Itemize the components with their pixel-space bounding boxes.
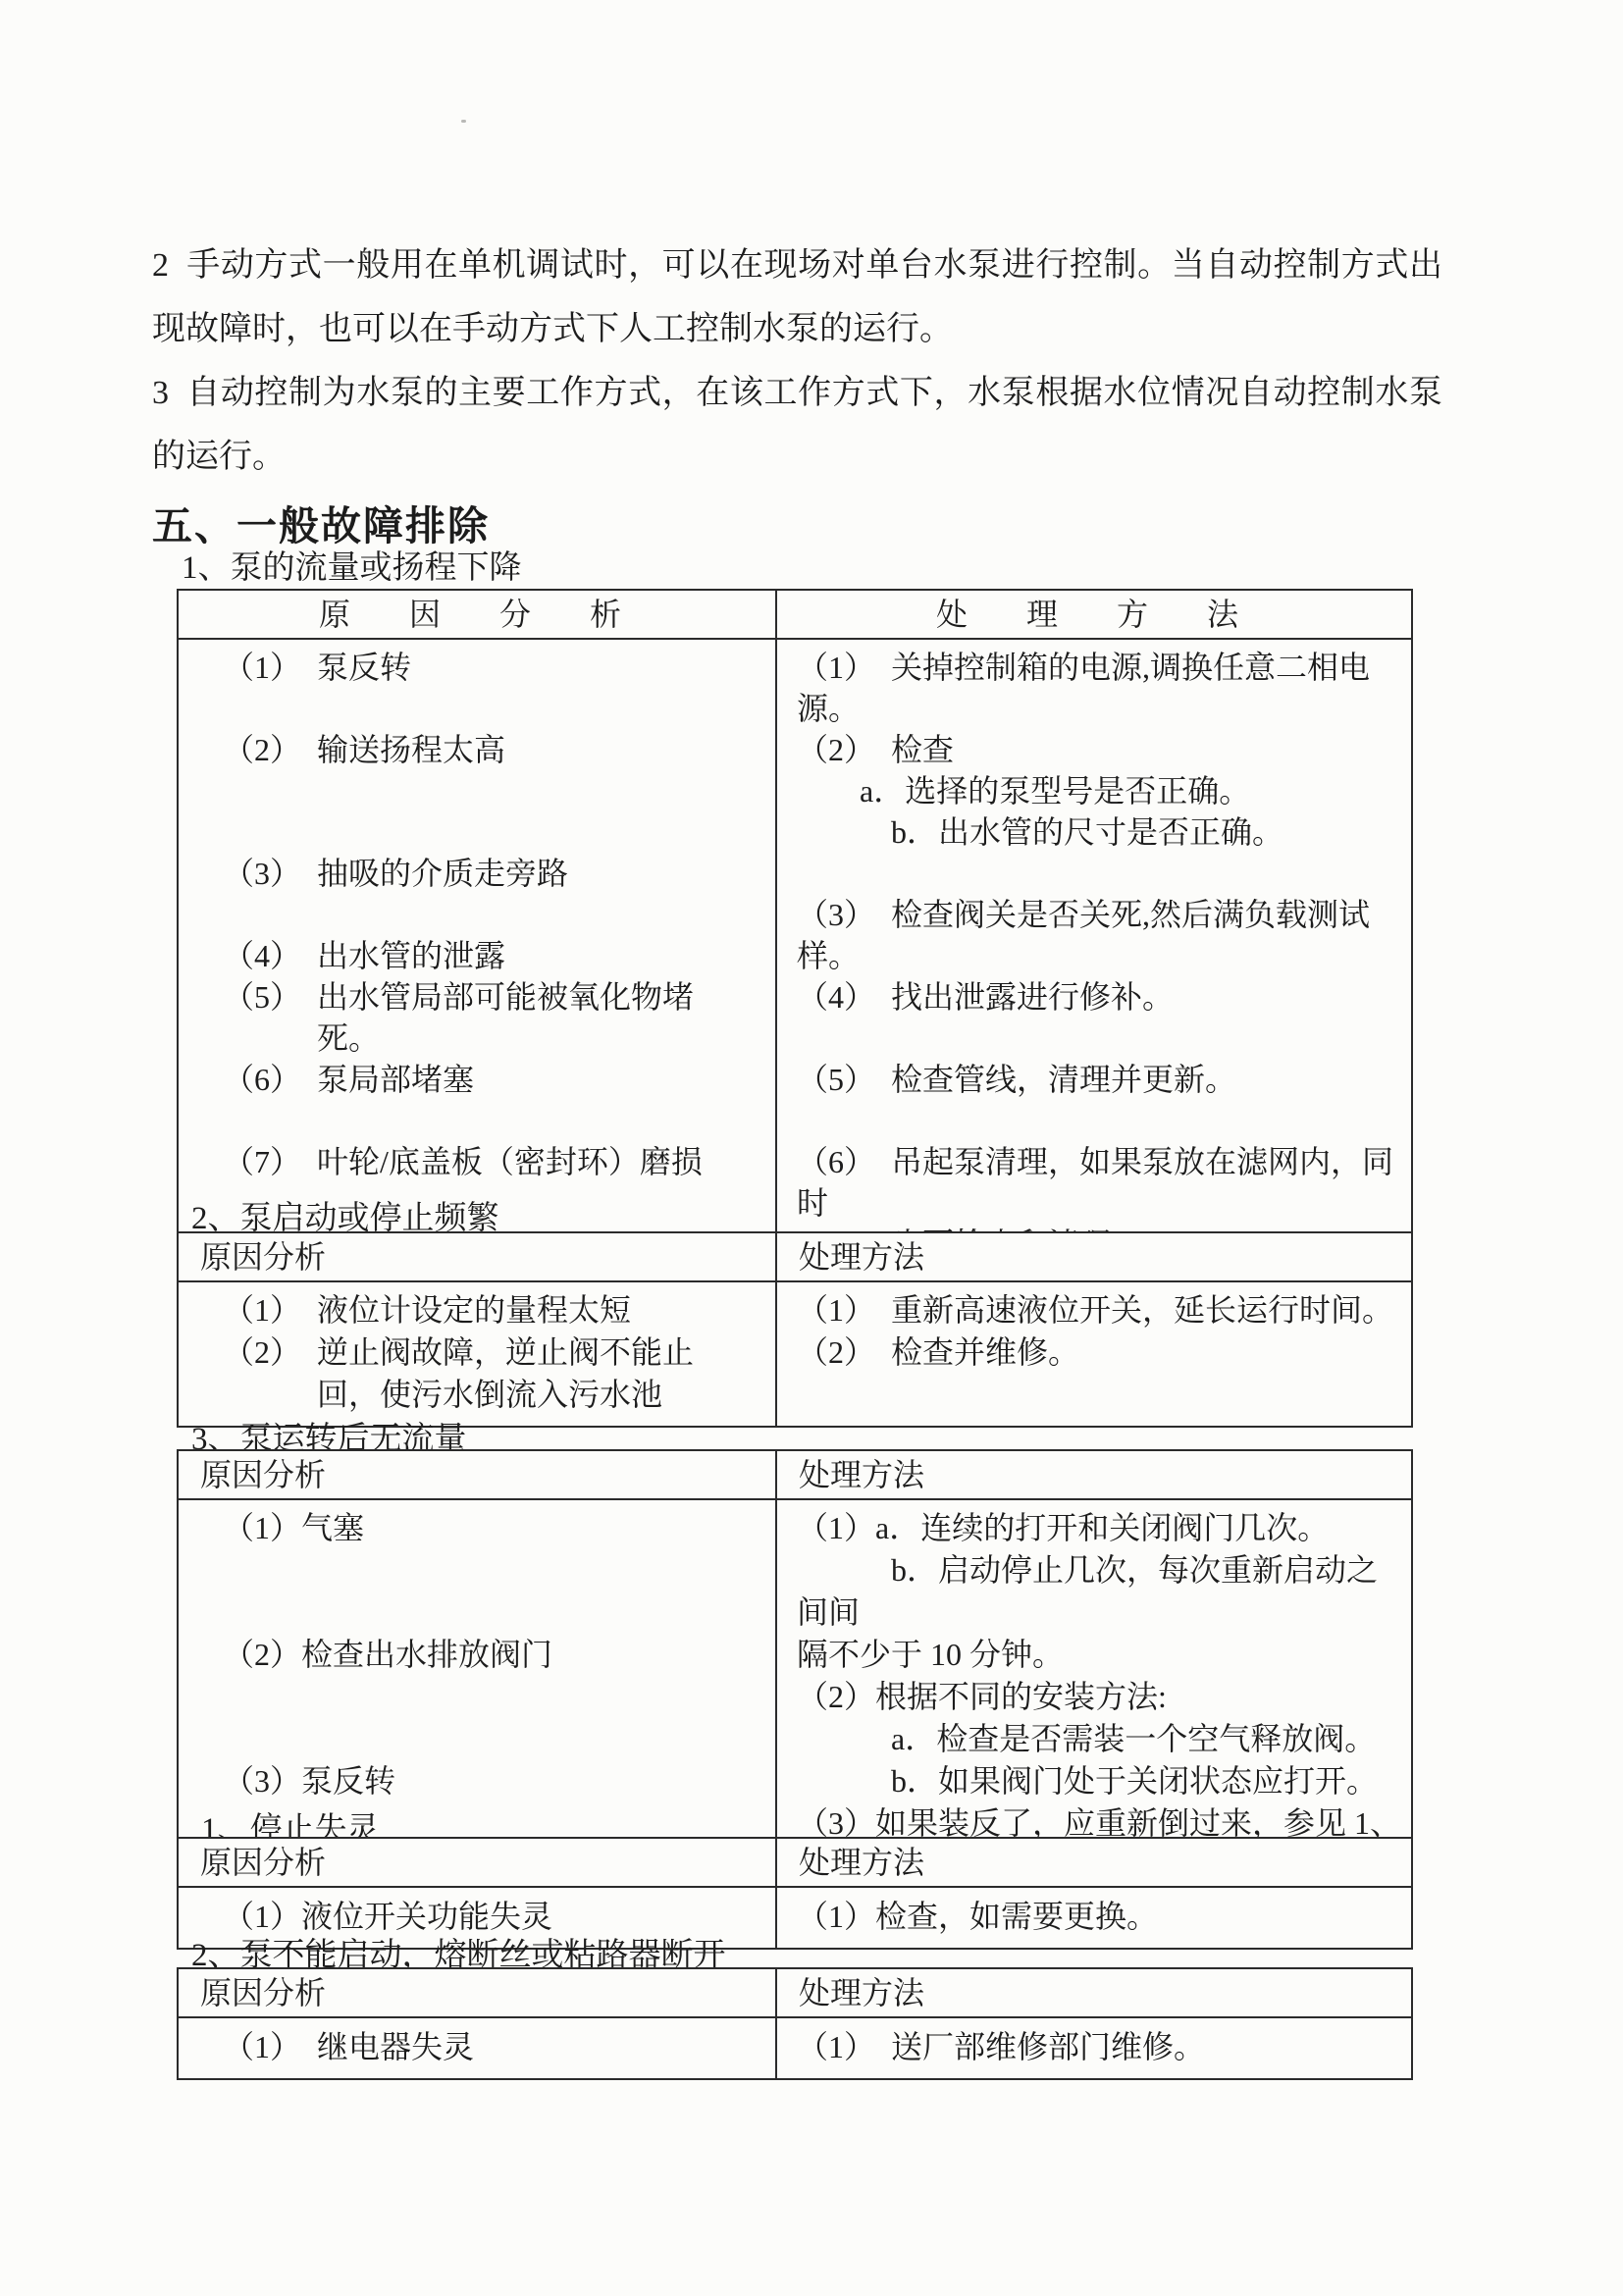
remedy-line: b．出水管的尺寸是否正确。: [797, 811, 1405, 853]
cause-line: （6） 泵局部堵塞: [223, 1059, 767, 1100]
cause-header: 原因分析: [179, 1969, 775, 2016]
remedy-line: a．检查是否需装一个空气释放阀。: [797, 1718, 1405, 1760]
remedy-line: （1）a．连续的打开和关闭阀门几次。: [797, 1507, 1405, 1549]
scan-speck: [461, 120, 466, 123]
remedy-cell: （1） 关掉控制箱的电源,调换任意二相电源。 （2） 检查 a．选择的泵型号是否…: [775, 640, 1411, 1316]
remedy-line: （2） 检查并维修。: [797, 1331, 1405, 1374]
cause-cell: （1） 液位计设定的量程太短 （2） 逆止阀故障，逆止阀不能止 回，使污水倒流入…: [179, 1282, 775, 1426]
cause-line: [223, 1676, 767, 1718]
cause-line: [223, 1549, 767, 1592]
table-body-row: （1） 液位计设定的量程太短 （2） 逆止阀故障，逆止阀不能止 回，使污水倒流入…: [179, 1282, 1411, 1426]
table-body-row: （1） 继电器失灵 （1） 送厂部维修部门维修。: [179, 2018, 1411, 2078]
cause-line: （5） 出水管局部可能被氧化物堵: [223, 976, 767, 1018]
remedy-line: [797, 1100, 1405, 1141]
cause-line: （1） 液位计设定的量程太短: [223, 1289, 767, 1331]
remedy-line: 隔不少于 10 分钟。: [797, 1634, 1405, 1676]
remedy-line: （1） 关掉控制箱的电源,调换任意二相电源。: [797, 647, 1405, 729]
remedy-line: （1）检查，如需要更换。: [797, 1895, 1405, 1938]
remedy-cell: （1）检查，如需要更换。: [775, 1888, 1411, 1948]
paragraph-manual-mode: 2 手动方式一般用在单机调试时，可以在现场对单台水泵进行控制。当自动控制方式出现…: [152, 234, 1442, 361]
remedy-cell: （1） 重新高速液位开关，延长运行时间。 （2） 检查并维修。: [775, 1282, 1411, 1426]
table-header-row: 原因分析 处理方法: [179, 1969, 1411, 2018]
cause-line: （1）气塞: [223, 1507, 767, 1549]
remedy-line: （2）根据不同的安装方法:: [797, 1676, 1405, 1718]
remedy-line: b．如果阀门处于关闭状态应打开。: [797, 1760, 1405, 1802]
cause-line: （2） 输送扬程太高: [223, 729, 767, 770]
cause-header: 原 因 分 析: [179, 591, 775, 638]
table-header-row: 原因分析 处理方法: [179, 1839, 1411, 1888]
remedy-line: （4） 找出泄露进行修补。: [797, 976, 1405, 1018]
remedy-line: （2） 检查: [797, 729, 1405, 770]
cause-line: [223, 770, 767, 811]
remedy-line: [797, 853, 1405, 894]
remedy-line: a．选择的泵型号是否正确。: [797, 770, 1405, 811]
document-page: 2 手动方式一般用在单机调试时，可以在现场对单台水泵进行控制。当自动控制方式出现…: [0, 0, 1623, 2296]
cause-line: （7） 叶轮/底盖板（密封环）磨损: [223, 1141, 767, 1182]
remedy-line: b．启动停止几次，每次重新启动之间间: [797, 1549, 1405, 1634]
cause-line: [223, 811, 767, 853]
cause-line: 回，使污水倒流入污水池: [223, 1374, 767, 1416]
cause-header: 原因分析: [179, 1839, 775, 1886]
paragraph-auto-mode: 3 自动控制为水泵的主要工作方式，在该工作方式下，水泵根据水位情况自动控制水泵的…: [152, 361, 1442, 489]
cause-line: （1） 泵反转: [223, 647, 767, 688]
cause-line: [223, 1592, 767, 1634]
cause-line: （3） 抽吸的介质走旁路: [223, 853, 767, 894]
cause-line: （2）检查出水排放阀门: [223, 1634, 767, 1676]
cause-line: （2） 逆止阀故障，逆止阀不能止: [223, 1331, 767, 1374]
troubleshooting-table-no-start: 原因分析 处理方法 （1） 继电器失灵 （1） 送厂部维修部门维修。: [177, 1967, 1413, 2080]
table-header-row: 原因分析 处理方法: [179, 1451, 1411, 1500]
cause-line: 死。: [223, 1018, 767, 1059]
remedy-line: [797, 1018, 1405, 1059]
remedy-line: （5） 检查管线，清理并更新。: [797, 1059, 1405, 1100]
cause-line: [223, 688, 767, 729]
cause-header: 原因分析: [179, 1451, 775, 1498]
cause-cell: （1） 继电器失灵: [179, 2018, 775, 2078]
remedy-line: （1） 重新高速液位开关，延长运行时间。: [797, 1289, 1405, 1331]
cause-line: （3）泵反转: [223, 1760, 767, 1802]
cause-header: 原因分析: [179, 1233, 775, 1280]
remedy-header: 处 理 方 法: [775, 591, 1411, 638]
remedy-header: 处理方法: [775, 1233, 1411, 1280]
remedy-line: （3） 检查阀关是否关死,然后满负载测试样。: [797, 894, 1405, 976]
cause-line: [223, 1100, 767, 1141]
remedy-header: 处理方法: [775, 1839, 1411, 1886]
table-caption-1: 1、泵的流量或扬程下降: [182, 542, 522, 588]
remedy-line: （6） 吊起泵清理，如果泵放在滤网内，同时: [797, 1141, 1405, 1224]
table-header-row: 原因分析 处理方法: [179, 1233, 1411, 1282]
cause-line: [223, 894, 767, 935]
cause-line: [223, 1718, 767, 1760]
troubleshooting-table-frequent-start-stop: 原因分析 处理方法 （1） 液位计设定的量程太短 （2） 逆止阀故障，逆止阀不能…: [177, 1231, 1413, 1428]
remedy-line: （1） 送厂部维修部门维修。: [797, 2025, 1405, 2068]
table-header-row: 原 因 分 析 处 理 方 法: [179, 591, 1411, 640]
remedy-header: 处理方法: [775, 1969, 1411, 2016]
remedy-line: [797, 1374, 1405, 1416]
remedy-header: 处理方法: [775, 1451, 1411, 1498]
cause-line: （1） 继电器失灵: [223, 2025, 767, 2068]
cause-line: （4） 出水管的泄露: [223, 935, 767, 976]
remedy-cell: （1） 送厂部维修部门维修。: [775, 2018, 1411, 2078]
